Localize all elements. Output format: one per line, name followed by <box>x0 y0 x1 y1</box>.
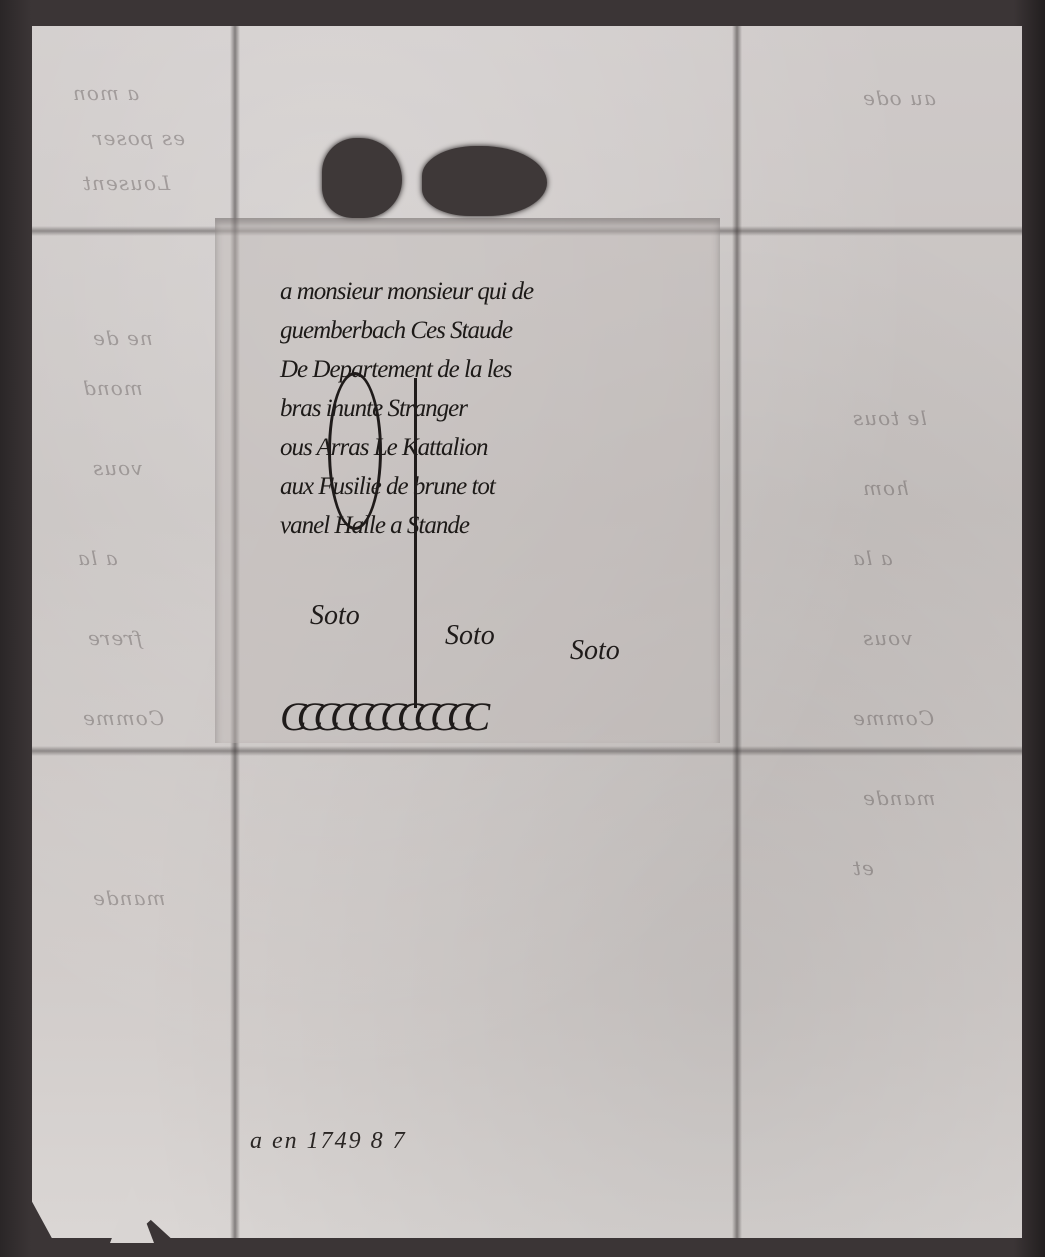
bleed-through-text: frere <box>87 626 142 650</box>
bleed-through-text: Lousent <box>82 171 170 195</box>
signature-mark: Soto <box>445 620 495 652</box>
signature-flourish: Soto Soto Soto CCCCCCCCCCCC <box>270 590 730 740</box>
address-line: a monsieur monsieur qui de <box>280 272 740 311</box>
bleed-through-text: le tous <box>852 406 927 430</box>
bleed-through-text: hom <box>862 476 909 500</box>
bleed-through-text: mande <box>92 886 165 910</box>
bleed-through-text: vous <box>862 626 912 650</box>
bleed-through-text: a la <box>852 546 893 570</box>
bleed-through-text: a mon <box>72 81 139 105</box>
fold-line-bottom <box>32 746 1022 756</box>
bleed-through-text: mond <box>82 376 143 400</box>
bleed-through-text: Comme <box>82 706 164 730</box>
bleed-through-text: es poser <box>92 126 185 150</box>
bleed-through-text: et <box>852 856 874 880</box>
address-line: guemberbach Ces Staude <box>280 311 740 350</box>
bleed-through-text: Comme <box>852 706 934 730</box>
fold-line-right <box>732 26 742 1238</box>
ink-loop-mark <box>328 372 382 530</box>
signature-mark: Soto <box>570 635 620 667</box>
bleed-through-text: ne de <box>92 326 153 350</box>
bleed-through-text: mande <box>862 786 935 810</box>
signature-mark: Soto <box>310 600 360 632</box>
wax-seal-right <box>422 146 547 216</box>
bleed-through-text: au ode <box>862 86 936 110</box>
bleed-through-text: a la <box>77 546 118 570</box>
wax-seal-left <box>322 138 402 218</box>
bottom-note: a en 1749 8 7 <box>250 1128 407 1155</box>
paper-tear <box>110 1185 154 1243</box>
decorative-scroll: CCCCCCCCCCCC <box>280 693 480 740</box>
bleed-through-text: vous <box>92 456 142 480</box>
